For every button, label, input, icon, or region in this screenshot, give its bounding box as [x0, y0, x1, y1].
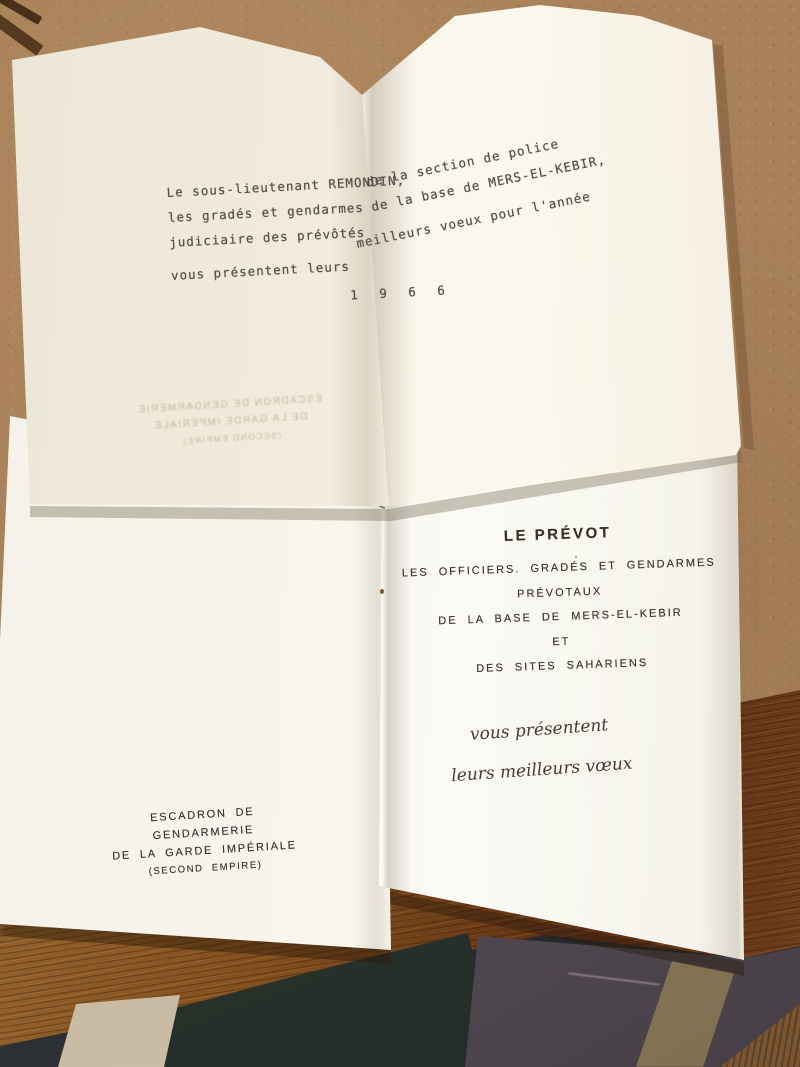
photo-canvas: LE PRÉVOT LES OFFICIERS. GRADÉS ET GENDA…	[0, 0, 800, 1067]
printed-card-text: LE PRÉVOT LES OFFICIERS. GRADÉS ET GENDA…	[390, 520, 729, 684]
script-greeting: vous présentent leurs meilleurs vœux	[425, 702, 655, 798]
typed-year: 1 9 6 6	[350, 277, 453, 307]
paper-speck	[380, 589, 384, 594]
paper-speck	[575, 556, 577, 558]
cover-imprint: ESCADRON DE GENDARMERIE DE LA GARDE IMPÉ…	[96, 800, 312, 885]
